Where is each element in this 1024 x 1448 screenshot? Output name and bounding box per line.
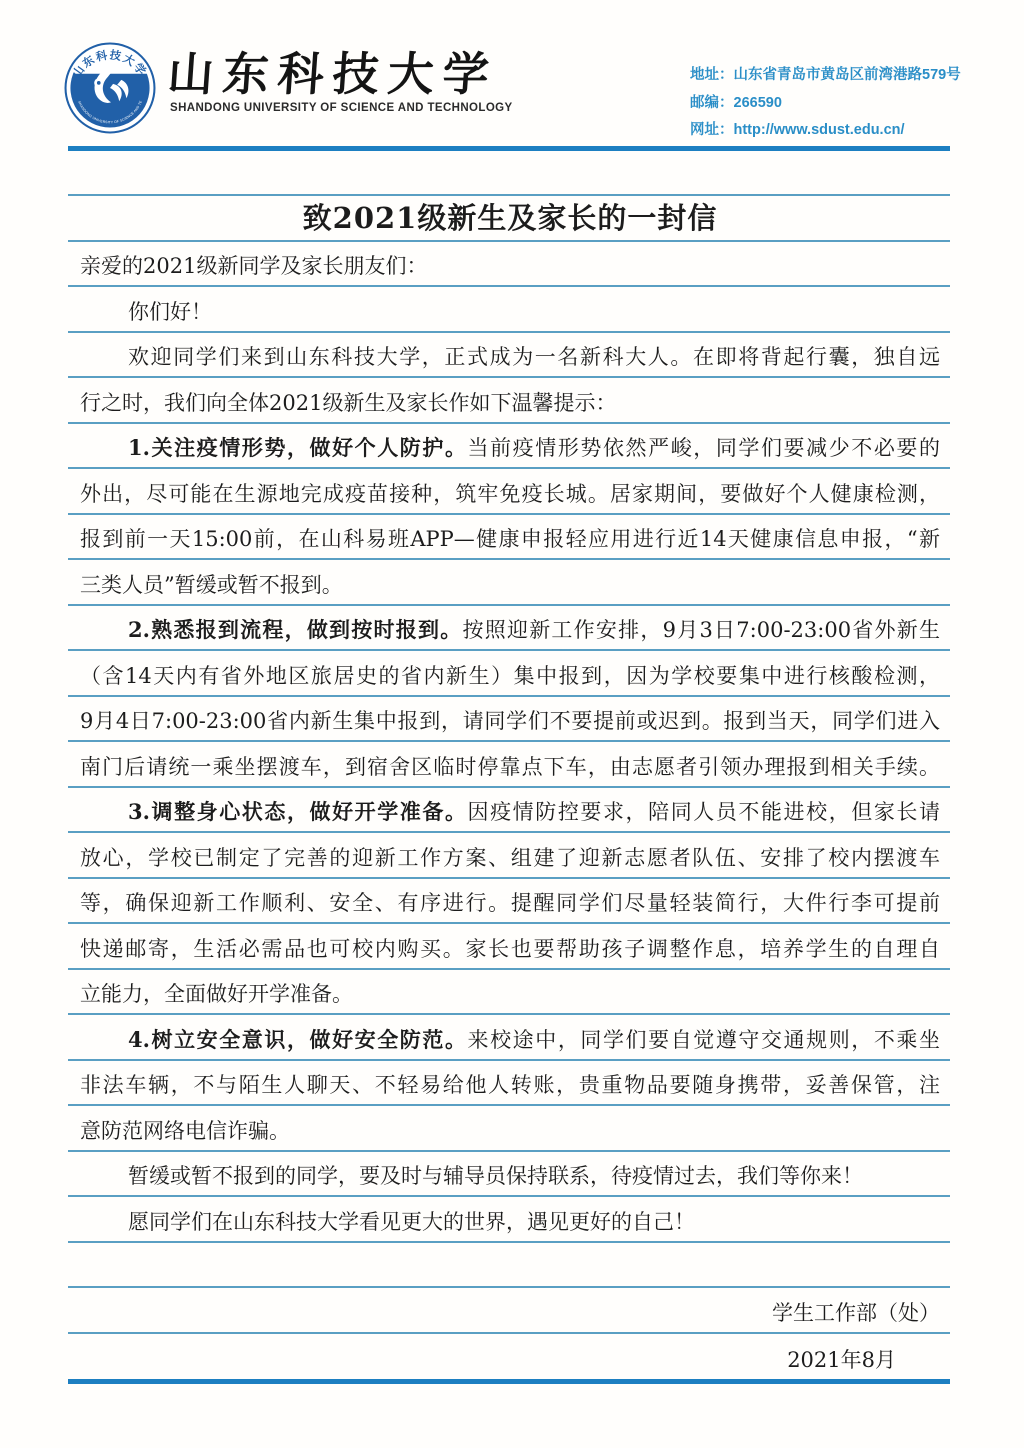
address-value: 山东省青岛市黄岛区前湾港路579号 [734, 67, 961, 83]
letter-line-text: 意防范网络电信诈骗。 [80, 1121, 940, 1150]
letter-line-text: 行之时，我们向全体2021级新生及家长作如下温馨提示： [80, 393, 940, 422]
letter-line-text: 快递邮寄，生活必需品也可校内购买。家长也要帮助孩子调整作息，培养学生的自理自 [80, 939, 940, 968]
line-text: 来校途中，同学们要自觉遵守交通规则，不乘坐 [468, 1028, 940, 1052]
letterhead: 山东科技大学 SHANDONG UNIVERSITY OF SCIENCE AN… [64, 40, 960, 140]
line-text: 南门后请统一乘坐摆渡车，到宿舍区临时停靠点下车，由志愿者引领办理报到相关手续。 [80, 755, 940, 779]
letter-line-text: （含14天内有省外地区旅居史的省内新生）集中报到，因为学校要集中进行核酸检测， [80, 666, 940, 695]
letter-line-text: 3.调整身心状态，做好开学准备。因疫情防控要求，陪同人员不能进校，但家长请 [80, 801, 940, 831]
letter-line-text: 立能力，全面做好开学准备。 [80, 984, 940, 1013]
line-text: 意防范网络电信诈骗。 [80, 1119, 290, 1143]
letter-line-text: 欢迎同学们来到山东科技大学，正式成为一名新科大人。在即将背起行囊，独自远 [80, 347, 940, 376]
line-text: 当前疫情形势依然严峻，同学们要减少不必要的 [468, 436, 940, 460]
letter-line: （含14天内有省外地区旅居史的省内新生）集中报到，因为学校要集中进行核酸检测， [68, 651, 950, 697]
address-label: 地址： [690, 67, 734, 83]
letter-line-text: 外出，尽可能在生源地完成疫苗接种，筑牢免疫长城。居家期间，要做好个人健康检测， [80, 484, 940, 513]
line-text: 2021年8月 [787, 1348, 896, 1372]
letter-line: 放心，学校已制定了完善的迎新工作方案、组建了迎新志愿者队伍、安排了校内摆渡车 [68, 833, 950, 879]
letter-line-text: 你们好！ [80, 302, 940, 331]
line-text: 按照迎新工作安排，9月3日7:00-23:00省外新生 [462, 618, 940, 642]
ruled-area: 致2021级新生及家长的一封信 亲爱的2021级新同学及家长朋友们：你们好！欢迎… [68, 194, 950, 1384]
line-bold-lead: 4.树立安全意识，做好安全防范。 [128, 1027, 468, 1052]
line-text: 你们好！ [128, 300, 212, 324]
letter-line-text: 亲爱的2021级新同学及家长朋友们： [80, 256, 940, 285]
line-text: 愿同学们在山东科技大学看见更大的世界，遇见更好的自己！ [128, 1210, 695, 1234]
letter-line-text: 报到前一天15:00前，在山科易班APP—健康申报轻应用进行近14天健康信息申报… [80, 529, 940, 558]
line-text: 立能力，全面做好开学准备。 [80, 982, 353, 1006]
letter-line-text: 三类人员”暂缓或暂不报到。 [80, 575, 940, 604]
line-text: 欢迎同学们来到山东科技大学，正式成为一名新科大人。在即将背起行囊，独自远 [128, 345, 940, 369]
line-bold-lead: 1.关注疫情形势，做好个人防护。 [128, 435, 468, 460]
letter-line: 3.调整身心状态，做好开学准备。因疫情防控要求，陪同人员不能进校，但家长请 [68, 788, 950, 834]
letter-line-text [80, 1278, 940, 1286]
line-text: 非法车辆，不与陌生人聊天、不轻易给他人转账，贵重物品要随身携带，妥善保管，注 [80, 1073, 940, 1097]
header-divider-bar [68, 146, 950, 151]
letter-line: 行之时，我们向全体2021级新生及家长作如下温馨提示： [68, 378, 950, 424]
line-text: 亲爱的2021级新同学及家长朋友们： [80, 254, 427, 278]
letter-title-row: 致2021级新生及家长的一封信 [68, 196, 950, 242]
line-text: 放心，学校已制定了完善的迎新工作方案、组建了迎新志愿者队伍、安排了校内摆渡车 [80, 846, 940, 870]
university-name-cn: 山东科技大学 [166, 38, 531, 104]
letter-line: 三类人员”暂缓或暂不报到。 [68, 560, 950, 606]
line-text: （含14天内有省外地区旅居史的省内新生）集中报到，因为学校要集中进行核酸检测， [80, 664, 940, 688]
line-bold-lead: 3.调整身心状态，做好开学准备。 [128, 799, 468, 824]
letter-line: 暂缓或暂不报到的同学，要及时与辅导员保持联系，待疫情过去，我们等你来！ [68, 1152, 950, 1198]
letter-page: 山东科技大学 SHANDONG UNIVERSITY OF SCIENCE AN… [0, 0, 1024, 1448]
line-bold-lead: 2.熟悉报到流程，做到按时报到。 [128, 617, 462, 642]
letter-line-text: 4.树立安全意识，做好安全防范。来校途中，同学们要自觉遵守交通规则，不乘坐 [80, 1029, 940, 1059]
letter-line: 外出，尽可能在生源地完成疫苗接种，筑牢免疫长城。居家期间，要做好个人健康检测， [68, 469, 950, 515]
letter-line: 9月4日7:00-23:00省内新生集中报到，请同学们不要提前或迟到。报到当天，… [68, 697, 950, 743]
letter-line: 你们好！ [68, 287, 950, 333]
line-text: 外出，尽可能在生源地完成疫苗接种，筑牢免疫长城。居家期间，要做好个人健康检测， [80, 482, 940, 506]
letter-line: 立能力，全面做好开学准备。 [68, 970, 950, 1016]
line-text: 行之时，我们向全体2021级新生及家长作如下温馨提示： [80, 391, 616, 415]
letter-line-text: 南门后请统一乘坐摆渡车，到宿舍区临时停靠点下车，由志愿者引领办理报到相关手续。 [80, 757, 940, 786]
line-text: 学生工作部（处） [772, 1301, 940, 1325]
letter-line-text: 2.熟悉报到流程，做到按时报到。按照迎新工作安排，9月3日7:00-23:00省… [80, 619, 940, 649]
letter-line: 愿同学们在山东科技大学看见更大的世界，遇见更好的自己！ [68, 1197, 950, 1243]
letter-line: 意防范网络电信诈骗。 [68, 1106, 950, 1152]
footer-divider-bar [68, 1379, 950, 1384]
line-text: 报到前一天15:00前，在山科易班APP—健康申报轻应用进行近14天健康信息申报… [80, 527, 940, 551]
letter-line: 1.关注疫情形势，做好个人防护。当前疫情形势依然严峻，同学们要减少不必要的 [68, 424, 950, 470]
letter-line: 2.熟悉报到流程，做到按时报到。按照迎新工作安排，9月3日7:00-23:00省… [68, 606, 950, 652]
letter-line-text: 愿同学们在山东科技大学看见更大的世界，遇见更好的自己！ [80, 1212, 940, 1241]
line-text: 因疫情防控要求，陪同人员不能进校，但家长请 [468, 800, 940, 824]
letter-line-text: 暂缓或暂不报到的同学，要及时与辅导员保持联系，待疫情过去，我们等你来！ [80, 1166, 940, 1195]
letter-title: 致2021级新生及家长的一封信 [80, 204, 940, 240]
line-text: 等，确保迎新工作顺利、安全、有序进行。提醒同学们尽量轻装简行，大件行李可提前 [80, 891, 940, 915]
letter-line: 亲爱的2021级新同学及家长朋友们： [68, 242, 950, 288]
letter-line: 快递邮寄，生活必需品也可校内购买。家长也要帮助孩子调整作息，培养学生的自理自 [68, 924, 950, 970]
letter-line: 2021年8月 [68, 1334, 950, 1380]
university-logo-icon: 山东科技大学 SHANDONG UNIVERSITY OF SCIENCE AN… [64, 42, 156, 134]
contact-info: 地址：山东省青岛市黄岛区前湾港路579号 邮编：266590 网址：http:/… [690, 62, 960, 145]
postcode-label: 邮编： [690, 95, 734, 111]
website-label: 网址： [690, 122, 734, 138]
letter-line: 报到前一天15:00前，在山科易班APP—健康申报轻应用进行近14天健康信息申报… [68, 515, 950, 561]
letter-line: 欢迎同学们来到山东科技大学，正式成为一名新科大人。在即将背起行囊，独自远 [68, 333, 950, 379]
university-name-en: SHANDONG UNIVERSITY OF SCIENCE AND TECHN… [170, 102, 513, 114]
letter-line-text: 放心，学校已制定了完善的迎新工作方案、组建了迎新志愿者队伍、安排了校内摆渡车 [80, 848, 940, 877]
contact-address: 地址：山东省青岛市黄岛区前湾港路579号 [690, 62, 960, 90]
letter-line [68, 1243, 950, 1289]
letter-line-text: 2021年8月 [80, 1350, 940, 1379]
letter-line-text: 非法车辆，不与陌生人聊天、不轻易给他人转账，贵重物品要随身携带，妥善保管，注 [80, 1075, 940, 1104]
contact-postcode: 邮编：266590 [690, 90, 960, 118]
line-text: 快递邮寄，生活必需品也可校内购买。家长也要帮助孩子调整作息，培养学生的自理自 [80, 937, 940, 961]
letter-line-text: 学生工作部（处） [80, 1303, 940, 1332]
letter-line-text: 1.关注疫情形势，做好个人防护。当前疫情形势依然严峻，同学们要减少不必要的 [80, 437, 940, 467]
line-text: 暂缓或暂不报到的同学，要及时与辅导员保持联系，待疫情过去，我们等你来！ [128, 1164, 863, 1188]
letter-line-text: 9月4日7:00-23:00省内新生集中报到，请同学们不要提前或迟到。报到当天，… [80, 711, 940, 740]
website-url: http://www.sdust.edu.cn/ [734, 122, 905, 138]
postcode-value: 266590 [734, 95, 782, 111]
letter-line-text: 等，确保迎新工作顺利、安全、有序进行。提醒同学们尽量轻装简行，大件行李可提前 [80, 893, 940, 922]
letter-line: 学生工作部（处） [68, 1288, 950, 1334]
letter-line: 南门后请统一乘坐摆渡车，到宿舍区临时停靠点下车，由志愿者引领办理报到相关手续。 [68, 742, 950, 788]
letter-line: 4.树立安全意识，做好安全防范。来校途中，同学们要自觉遵守交通规则，不乘坐 [68, 1015, 950, 1061]
letter-line: 非法车辆，不与陌生人聊天、不轻易给他人转账，贵重物品要随身携带，妥善保管，注 [68, 1061, 950, 1107]
contact-website: 网址：http://www.sdust.edu.cn/ [690, 117, 960, 145]
line-text: 三类人员”暂缓或暂不报到。 [80, 573, 343, 597]
letter-line: 等，确保迎新工作顺利、安全、有序进行。提醒同学们尽量轻装简行，大件行李可提前 [68, 879, 950, 925]
line-text: 9月4日7:00-23:00省内新生集中报到，请同学们不要提前或迟到。报到当天，… [80, 709, 940, 733]
